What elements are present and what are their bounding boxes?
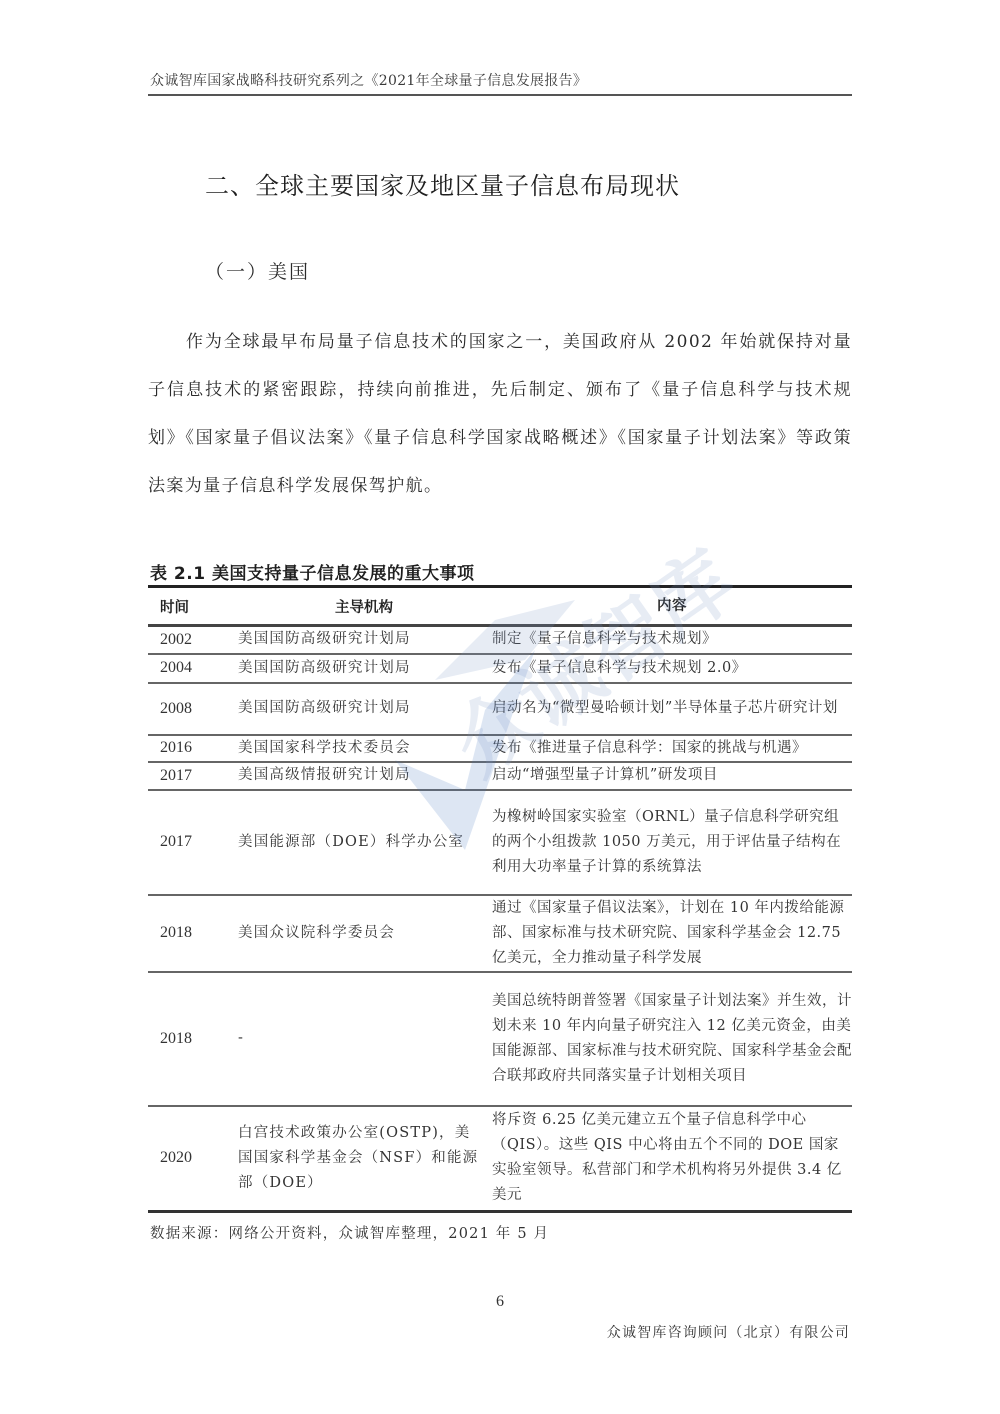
cell-content: 启动“增强型量子计算机”研发项目	[490, 762, 852, 790]
table-row: 2020 白宫技术政策办公室(OSTP)，美国国家科学基金会（NSF）和能源部（…	[148, 1106, 852, 1212]
section-title: 二、全球主要国家及地区量子信息布局现状	[205, 166, 680, 201]
cell-content: 发布《推进量子信息科学：国家的挑战与机遇》	[490, 735, 852, 762]
cell-org: 美国国防高级研究计划局	[236, 683, 490, 735]
running-header: 众诚智库国家战略科技研究系列之《2021年全球量子信息发展报告》	[150, 70, 850, 90]
cell-year: 2018	[148, 895, 236, 972]
body-paragraph: 作为全球最早布局量子信息技术的国家之一，美国政府从 2002 年始就保持对量子信…	[148, 318, 852, 510]
cell-org: 美国高级情报研究计划局	[236, 762, 490, 790]
header-content: 内容	[490, 587, 852, 626]
cell-org: 美国能源部（DOE）科学办公室	[236, 790, 490, 895]
cell-content: 通过《国家量子倡议法案》，计划在 10 年内拨给能源部、国家标准与技术研究院、国…	[490, 895, 852, 972]
cell-year: 2018	[148, 972, 236, 1106]
cell-org: 美国众议院科学委员会	[236, 895, 490, 972]
cell-year: 2017	[148, 790, 236, 895]
events-table: 时间 主导机构 内容 2002 美国国防高级研究计划局 制定《量子信息科学与技术…	[148, 585, 852, 1213]
table-row: 2002 美国国防高级研究计划局 制定《量子信息科学与技术规划》	[148, 626, 852, 654]
table-row: 2017 美国能源部（DOE）科学办公室 为橡树岭国家实验室（ORNL）量子信息…	[148, 790, 852, 895]
cell-org: 美国国防高级研究计划局	[236, 626, 490, 654]
cell-content: 将斥资 6.25 亿美元建立五个量子信息科学中心（QIS）。这些 QIS 中心将…	[490, 1106, 852, 1212]
cell-org: 美国国防高级研究计划局	[236, 654, 490, 683]
cell-content: 启动名为“微型曼哈顿计划”半导体量子芯片研究计划	[490, 683, 852, 735]
subsection-title: （一）美国	[205, 257, 310, 284]
table-row: 2008 美国国防高级研究计划局 启动名为“微型曼哈顿计划”半导体量子芯片研究计…	[148, 683, 852, 735]
header-divider	[148, 94, 852, 96]
cell-year: 2004	[148, 654, 236, 683]
table-row: 2017 美国高级情报研究计划局 启动“增强型量子计算机”研发项目	[148, 762, 852, 790]
cell-year: 2016	[148, 735, 236, 762]
cell-year: 2008	[148, 683, 236, 735]
cell-year: 2020	[148, 1106, 236, 1212]
cell-content: 发布《量子信息科学与技术规划 2.0》	[490, 654, 852, 683]
header-org: 主导机构	[236, 587, 490, 626]
cell-org: -	[236, 972, 490, 1106]
table-row: 2018 - 美国总统特朗普签署《国家量子计划法案》并生效，计划未来 10 年内…	[148, 972, 852, 1106]
footer-company: 众诚智库咨询顾问（北京）有限公司	[607, 1322, 850, 1342]
table-header-row: 时间 主导机构 内容	[148, 587, 852, 626]
cell-year: 2017	[148, 762, 236, 790]
header-year: 时间	[148, 587, 236, 626]
table-row: 2016 美国国家科学技术委员会 发布《推进量子信息科学：国家的挑战与机遇》	[148, 735, 852, 762]
cell-content: 制定《量子信息科学与技术规划》	[490, 626, 852, 654]
cell-content: 为橡树岭国家实验室（ORNL）量子信息科学研究组的两个小组拨款 1050 万美元…	[490, 790, 852, 895]
cell-org: 白宫技术政策办公室(OSTP)，美国国家科学基金会（NSF）和能源部（DOE）	[236, 1106, 490, 1212]
cell-content: 美国总统特朗普签署《国家量子计划法案》并生效，计划未来 10 年内向量子研究注入…	[490, 972, 852, 1106]
table-row: 2018 美国众议院科学委员会 通过《国家量子倡议法案》，计划在 10 年内拨给…	[148, 895, 852, 972]
cell-year: 2002	[148, 626, 236, 654]
table-row: 2004 美国国防高级研究计划局 发布《量子信息科学与技术规划 2.0》	[148, 654, 852, 683]
table-source-note: 数据来源：网络公开资料，众诚智库整理，2021 年 5 月	[150, 1222, 549, 1243]
page-number: 6	[0, 1293, 1000, 1311]
table-caption: 表 2.1 美国支持量子信息发展的重大事项	[150, 559, 474, 584]
cell-org: 美国国家科学技术委员会	[236, 735, 490, 762]
